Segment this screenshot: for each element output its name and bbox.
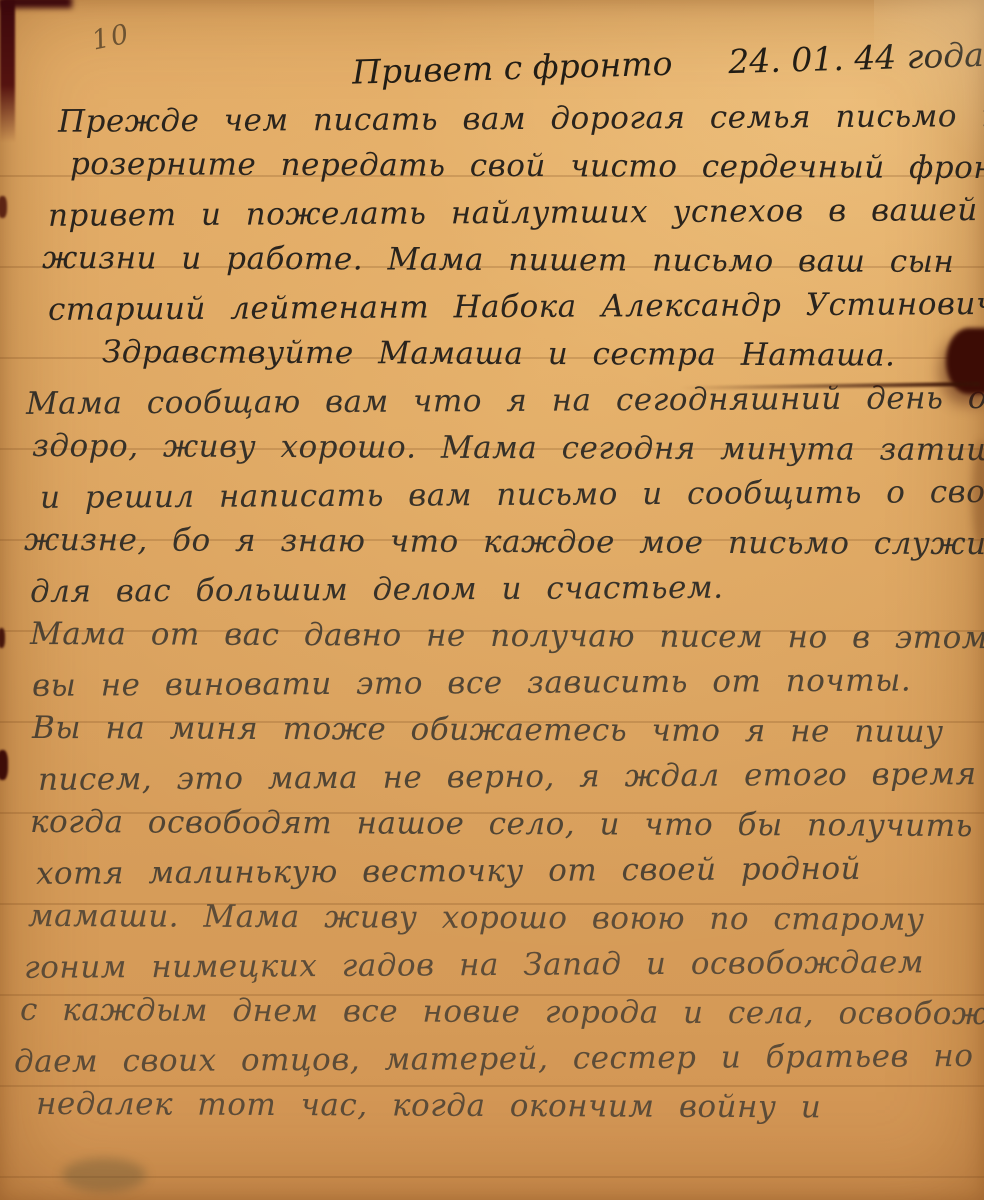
letter-line: привет и пожелать найлутших успехов в ва… <box>48 187 970 240</box>
letter-line: розерните передать свой чисто сердечный … <box>70 141 970 192</box>
letter-body: Прежде чем писать вам дорогая семья пись… <box>40 96 970 1130</box>
letter-line: с каждым днем все новие города и села, о… <box>20 987 970 1038</box>
letter-line: гоним нимецких гадов на Запад и освобожд… <box>24 939 970 992</box>
letter-line: Здравствуйте Мамаша и сестра Наташа. <box>102 329 970 380</box>
letter-line: Мама от вас давно не получаю писем но в … <box>30 611 970 662</box>
pencil-smudge <box>62 1158 146 1192</box>
letter-line: и решил написать вам письмо и сообщить о… <box>40 469 970 522</box>
letter-header: Привет с фронто24. 01. 44 года. <box>352 35 973 91</box>
letter-line: мамаши. Мама живу хорошо воюю по старому <box>28 893 970 944</box>
letter-line: Вы на миня тоже обижаетесь что я не пишу <box>32 705 970 756</box>
letter-line: писем, это мама не верно, я ждал етого в… <box>38 751 970 804</box>
letter-line: жизне, бо я знаю что каждое мое письмо с… <box>24 517 970 568</box>
letter-line: здоро, живу хорошо. Мама сегодня минута … <box>32 423 970 474</box>
binding-edge-top <box>0 0 72 8</box>
letter-line: хотя малинькую весточку от своей родной <box>36 845 970 898</box>
letter-line: для вас большим делом и счастьем. <box>30 563 970 616</box>
letter-date: 24. 01. 44 года. <box>728 35 984 81</box>
letter-line: когда освободят нашое село, и что бы пол… <box>30 799 970 850</box>
binding-mark <box>0 750 8 780</box>
letter-greeting: Привет с фронто <box>352 44 673 92</box>
binding-mark <box>0 196 7 218</box>
letter-line: вы не виновати это все зависить от почты… <box>32 657 970 710</box>
binding-mark <box>0 628 5 648</box>
letter-line: Прежде чем писать вам дорогая семья пись… <box>58 93 970 146</box>
letter-line: старший лейтенант Набока Александр Устин… <box>48 281 970 334</box>
letter-line: недалек тот час, когда окончим войну и <box>36 1081 970 1132</box>
paper-stain <box>972 440 984 550</box>
letter-page: 10 Привет с фронто24. 01. 44 года. Прежд… <box>0 0 984 1200</box>
letter-line: жизни и работе. Мама пишет письмо ваш сы… <box>42 235 970 286</box>
binding-edge-corner <box>0 0 15 142</box>
letter-line: даем своих отцов, матерей, сестер и брат… <box>14 1033 970 1086</box>
page-number: 10 <box>89 18 133 56</box>
